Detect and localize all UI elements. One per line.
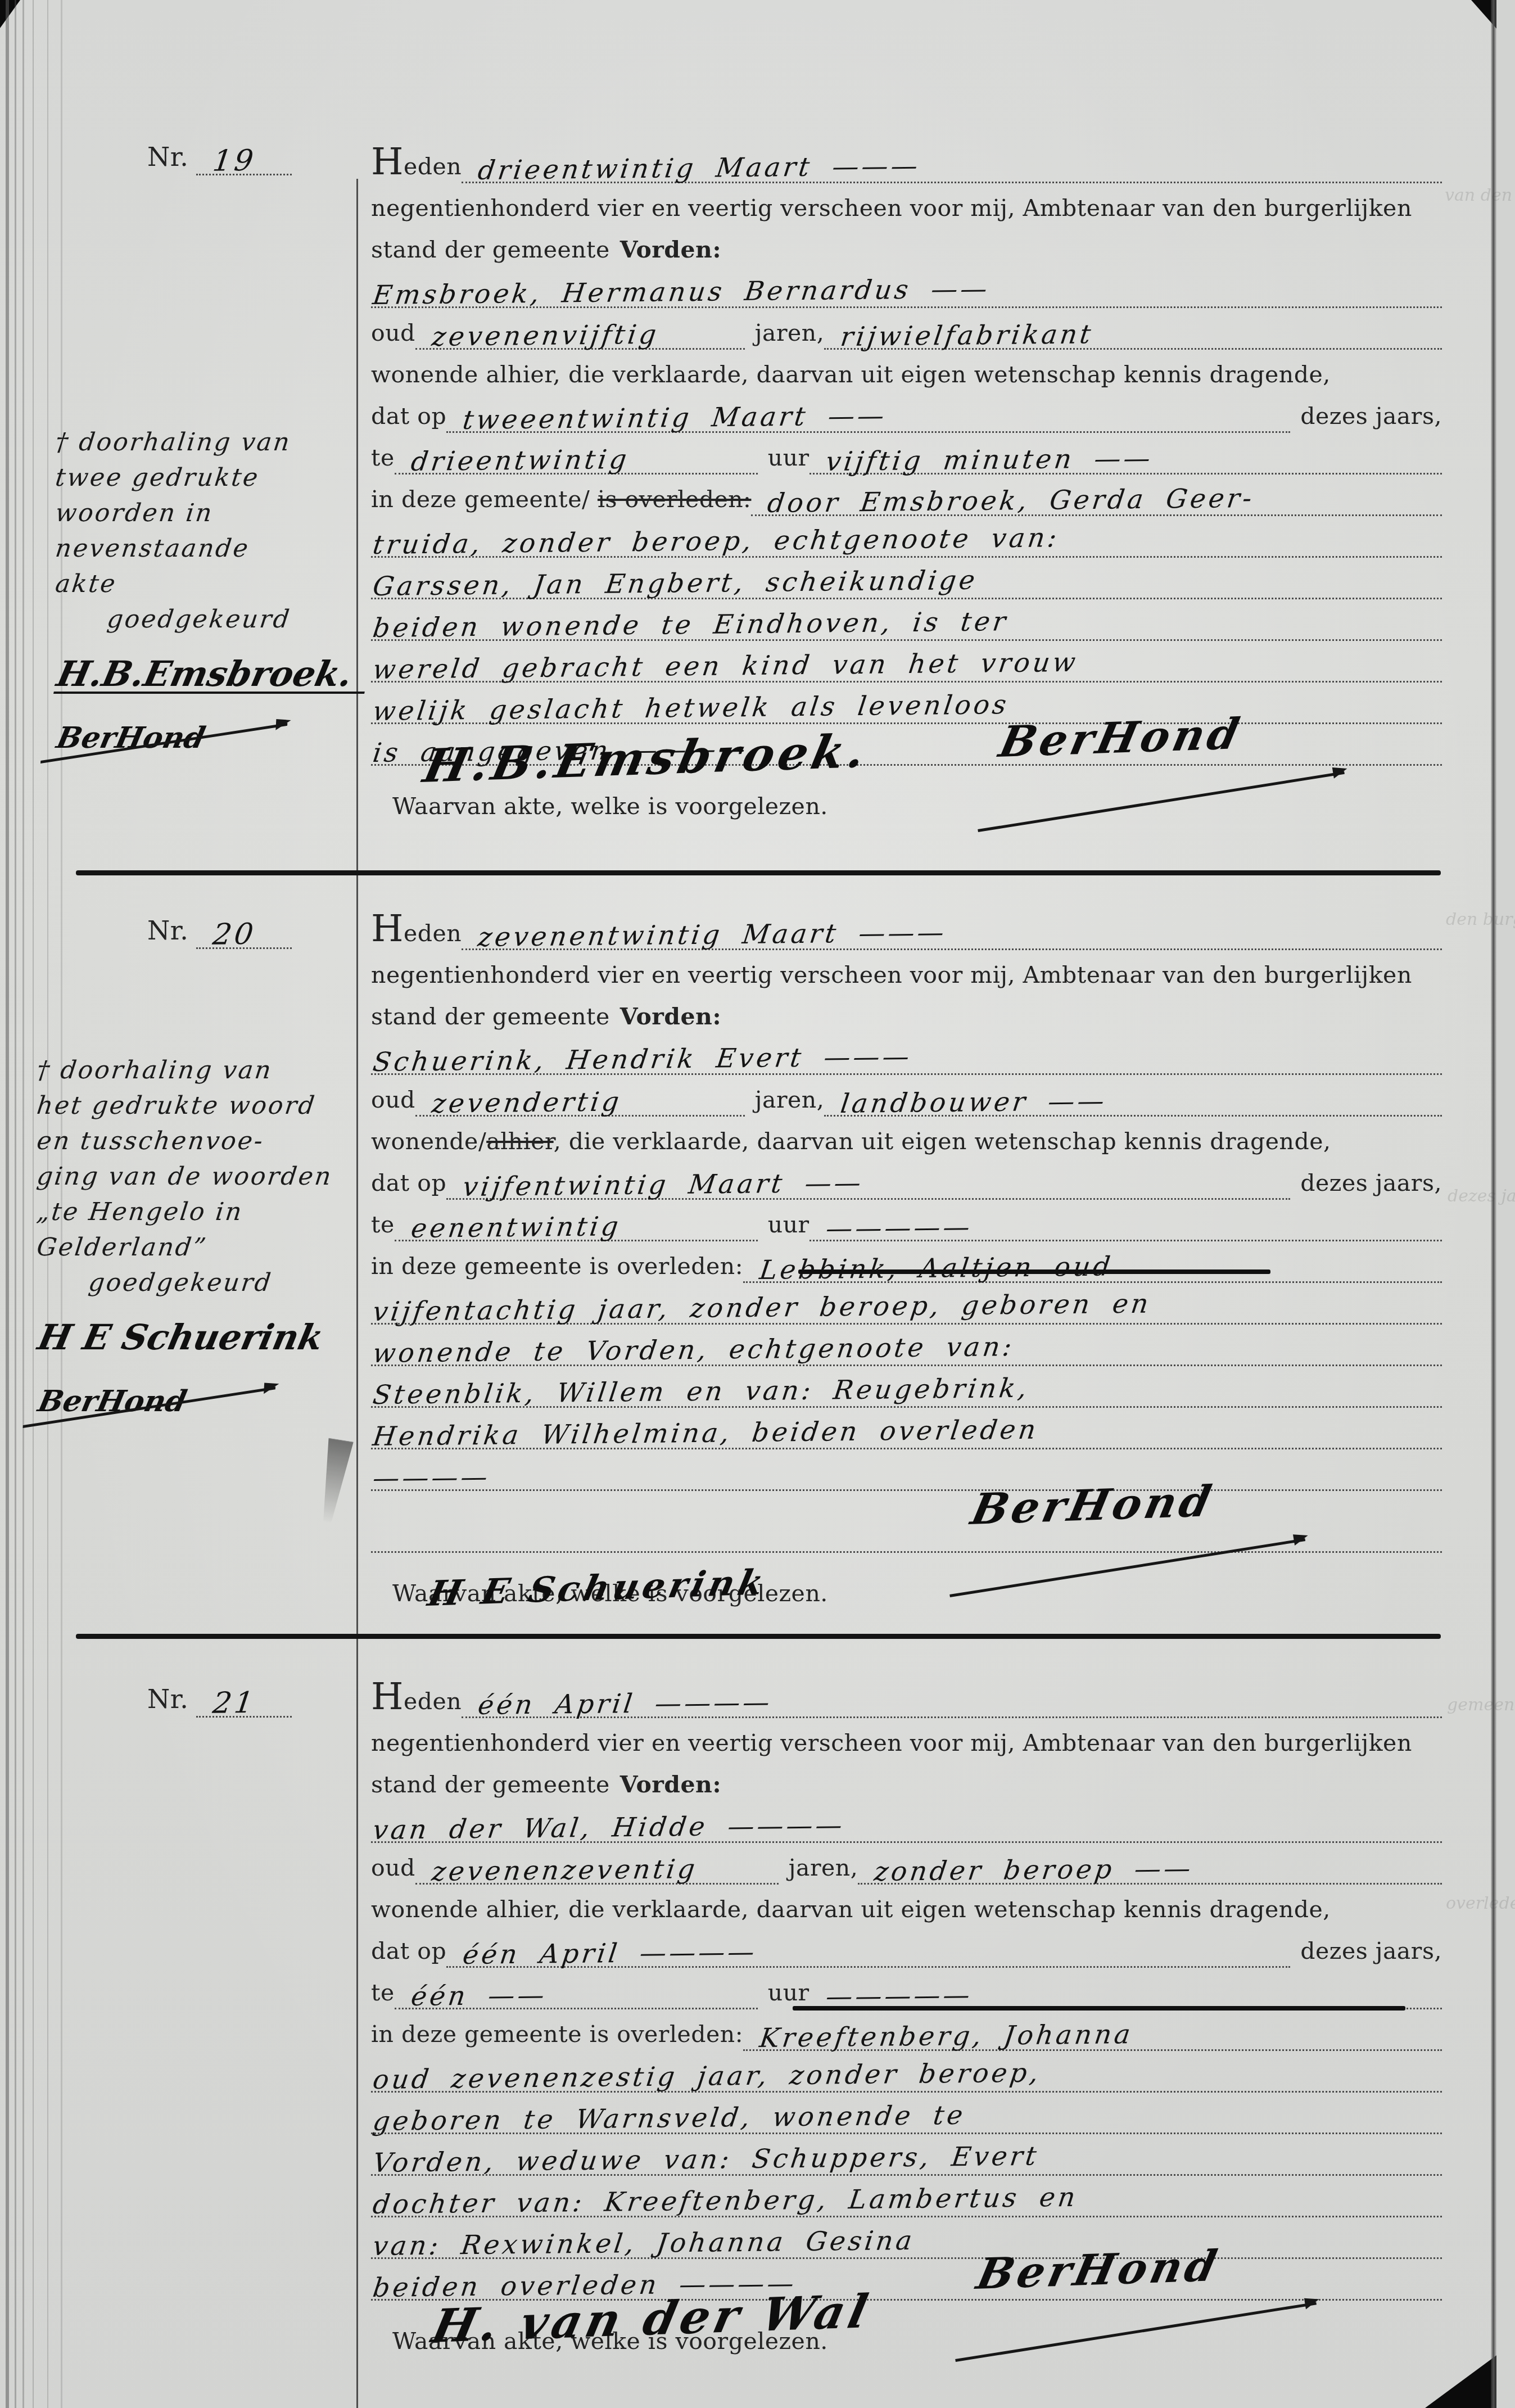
- death-hour-line: te één —— uur —————: [371, 1968, 1442, 2009]
- entry-line: Vorden, weduwe van: Schuppers, Evert: [371, 2134, 1442, 2176]
- death-hour-line: te drieentwintig uur vijftig minuten ——: [371, 433, 1442, 475]
- margin-note-20: † doorhaling van het gedrukte woord en t…: [35, 1052, 341, 1421]
- stand-line: stand der gemeente Vorden:: [371, 992, 1442, 1033]
- gemeente-name: Vorden:: [620, 236, 721, 263]
- age-handwritten: zevenenvijftig: [430, 319, 661, 353]
- signature-registrar-20: BerHond: [967, 1476, 1219, 1534]
- declarant-name-handwritten: Emsbroek, Hermanus Bernardus ——: [371, 274, 992, 311]
- overleden-line: in deze gemeente is overleden: Lebbink, …: [371, 1241, 1442, 1283]
- entry-line: Hendrika Wilhelmina, beiden overleden: [371, 1408, 1442, 1449]
- nr-label: Nr.: [147, 142, 188, 172]
- record-19-number: Nr. 19: [147, 142, 333, 175]
- heden-line: Heden één April ————: [371, 1669, 1442, 1718]
- entry-line: van: Rexwinkel, Johanna Gesina: [371, 2217, 1442, 2259]
- overleden-line: in deze gemeente∕ is overleden: door Ems…: [371, 475, 1442, 516]
- margin-signature-registrar-20: BerHond: [35, 1384, 190, 1419]
- record-number-handwritten: 21: [196, 1686, 258, 1720]
- ghost-text: den burgerlijken: [1446, 910, 1515, 929]
- ghost-text: gemeente: [1447, 1695, 1515, 1715]
- wonende-line: wonende alhier, die verklaarde, daarvan …: [371, 1885, 1442, 1926]
- stand-line: stand der gemeente Vorden:: [371, 225, 1442, 266]
- margin-note-19: † doorhaling van twee gedrukte woorden i…: [53, 424, 360, 757]
- declarant-name-handwritten: van der Wal, Hidde ————: [371, 1810, 847, 1846]
- death-date-line: dat op vijfentwintig Maart —— dezes jaar…: [371, 1158, 1442, 1200]
- deceased-handwritten: Lebbink, Aaltjen oud: [758, 1251, 1115, 1286]
- record-20: Heden zevenentwintig Maart ——— negentien…: [371, 901, 1442, 1610]
- signature-registrar-21: BerHond: [973, 2240, 1224, 2299]
- entry-line: wonende te Vorden, echtgenoote van:: [371, 1325, 1442, 1366]
- nr-label: Nr.: [147, 1684, 188, 1714]
- nr-rule: 19: [196, 144, 292, 175]
- date-handwritten: zevenentwintig Maart ———: [476, 917, 948, 953]
- date-handwritten: één April ————: [476, 1687, 774, 1721]
- deceased-handwritten: Kreeftenberg, Johanna: [758, 2019, 1135, 2054]
- entry-line: beiden overleden ————: [371, 2259, 1442, 2301]
- age-occupation-line: oud zevendertig jaren, landbouwer ——: [371, 1075, 1442, 1117]
- record-20-number: Nr. 20: [147, 915, 333, 949]
- death-date-line: dat op één April ———— dezes jaars,: [371, 1926, 1442, 1968]
- deceased-handwritten: door Emsbroek, Gerda Geer-: [766, 483, 1256, 519]
- margin-signature-registrar-19: BerHond: [53, 720, 209, 756]
- margin-signature-declarant-19: H.B.Emsbroek.: [53, 656, 373, 694]
- year-line: negentienhonderd vier en veertig versche…: [371, 1718, 1442, 1760]
- record-number-handwritten: 20: [196, 918, 258, 952]
- ghost-text: overleden: [1446, 1894, 1515, 1913]
- year-line: negentienhonderd vier en veertig versche…: [371, 183, 1442, 225]
- entry-line: welijk geslacht hetwelk als levenloos: [371, 683, 1442, 724]
- ink-smudge: [309, 1436, 361, 1526]
- heden-label: Heden: [371, 151, 462, 180]
- occupation-handwritten: rijwielfabrikant: [839, 319, 1096, 353]
- entry-line: Steenblik, Willem en van: Reugebrink,: [371, 1366, 1442, 1408]
- declarant-name-line: van der Wal, Hidde ————: [371, 1801, 1442, 1843]
- date-handwritten: drieentwintig Maart ———: [476, 151, 922, 186]
- declarant-name-line: Emsbroek, Hermanus Bernardus ——: [371, 266, 1442, 308]
- deletion-strike: [798, 1269, 1270, 1274]
- entry-line: dochter van: Kreeftenberg, Lambertus en: [371, 2176, 1442, 2217]
- stand-line: stand der gemeente Vorden:: [371, 1760, 1442, 1801]
- binding-line: [15, 0, 16, 2408]
- signature-registrar-19: BerHond: [995, 708, 1247, 767]
- wonende-line: wonende alhier, die verklaarde, daarvan …: [371, 350, 1442, 391]
- age-occupation-line: oud zevenenzeventig jaren, zonder beroep…: [371, 1843, 1442, 1885]
- death-hour-line: te eenentwintig uur —————: [371, 1200, 1442, 1241]
- nr-label: Nr.: [147, 915, 188, 946]
- record-separator: [76, 870, 1441, 875]
- entry-line: vijfentachtig jaar, zonder beroep, gebor…: [371, 1283, 1442, 1325]
- entry-line: wereld gebracht een kind van het vrouw: [371, 641, 1442, 683]
- deletion-strike: [793, 2006, 1405, 2011]
- hour-handwritten: drieentwintig: [409, 444, 631, 477]
- register-page: van den burgerlijken den burgerlijken de…: [0, 0, 1515, 2408]
- entry-line: Garssen, Jan Engbert, scheikundige: [371, 558, 1442, 599]
- entry-line: oud zevenenzestig jaar, zonder beroep,: [371, 2051, 1442, 2093]
- year-line: negentienhonderd vier en veertig versche…: [371, 950, 1442, 992]
- scan-corner-top-left: [0, 0, 20, 28]
- margin-signature-declarant-20: H E Schuerink: [35, 1320, 343, 1355]
- death-date-handwritten: tweeentwintig Maart ——: [461, 400, 889, 436]
- record-number-handwritten: 19: [196, 144, 258, 178]
- declarant-name-line: Schuerink, Hendrik Evert ———: [371, 1033, 1442, 1075]
- entry-line: truida, zonder beroep, echtgenoote van:: [371, 516, 1442, 558]
- struck-alhier: alhier: [486, 1128, 553, 1155]
- binding-line: [6, 0, 9, 2408]
- entry-line: ————: [371, 1449, 1442, 1491]
- ghost-text: van den burgerlijken: [1445, 186, 1515, 205]
- entry-line: beiden wonende te Eindhoven, is ter: [371, 599, 1442, 641]
- record-separator: [76, 1634, 1441, 1639]
- heden-line: Heden zevenentwintig Maart ———: [371, 901, 1442, 950]
- binding-line: [33, 0, 34, 2408]
- wonende-line: wonende∕alhier, die verklaarde, daarvan …: [371, 1117, 1442, 1158]
- binding-line: [22, 0, 24, 2408]
- ghost-text: dezes jaars: [1448, 1186, 1515, 1206]
- declarant-name-handwritten: Schuerink, Hendrik Evert ———: [371, 1041, 914, 1078]
- death-date-line: dat op tweeentwintig Maart —— dezes jaar…: [371, 391, 1442, 433]
- overleden-line: in deze gemeente is overleden: Kreeftenb…: [371, 2009, 1442, 2051]
- heden-line: Heden drieentwintig Maart ———: [371, 134, 1442, 183]
- struck-is-overleden: is overleden:: [598, 486, 752, 513]
- record-21: Heden één April ———— negentienhonderd vi…: [371, 1669, 1442, 2358]
- entry-line: geboren te Warnsveld, wonende te: [371, 2093, 1442, 2134]
- age-occupation-line: oud zevenenvijftig jaren, rijwielfabrika…: [371, 308, 1442, 350]
- minutes-handwritten: vijftig minuten ——: [824, 443, 1155, 477]
- record-21-number: Nr. 21: [147, 1684, 333, 1718]
- record-19: Heden drieentwintig Maart ——— negentienh…: [371, 134, 1442, 823]
